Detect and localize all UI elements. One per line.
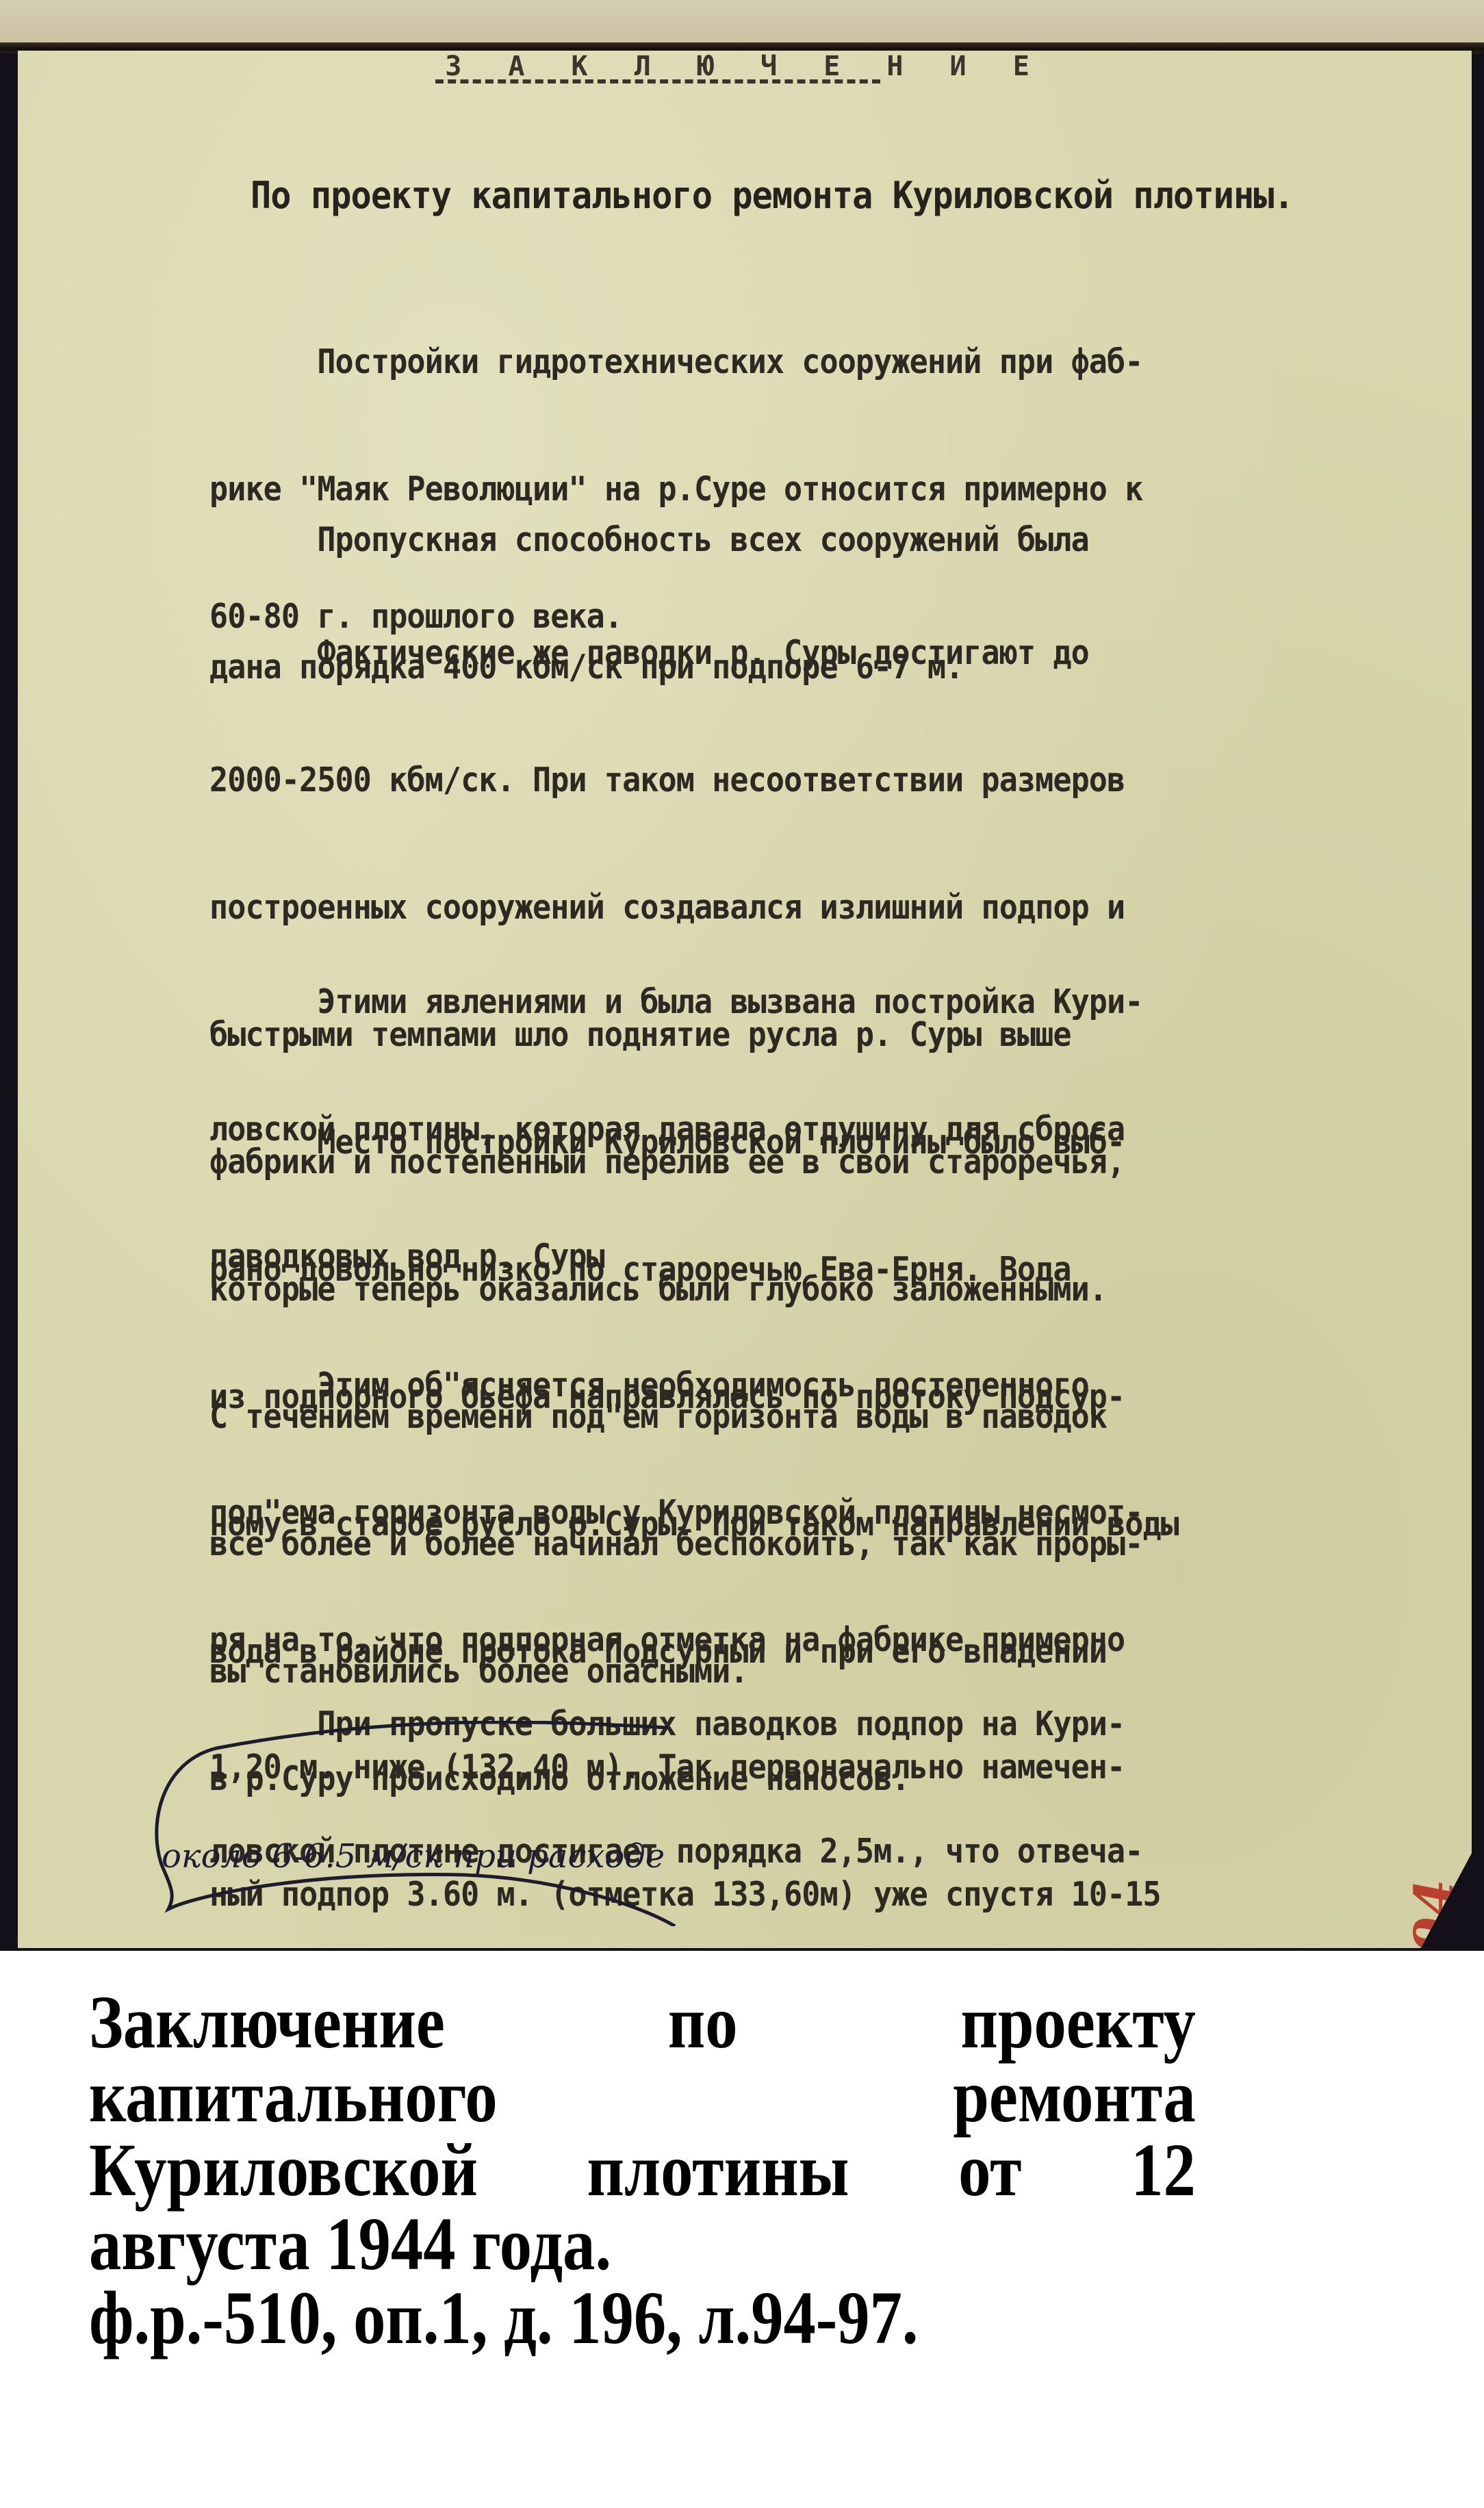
archive-reference: ф.р.-510, оп.1, д. 196, л.94-97. — [89, 2281, 1196, 2355]
text-line: 2000-2500 кбм/ск. При таком несоответств… — [209, 759, 1343, 802]
text-line: Фактические же паводки р. Суры достигают… — [209, 632, 1343, 674]
text-line: Этими явлениями и была вызвана постройка… — [209, 981, 1343, 1023]
folio-number: 94 — [1403, 1879, 1466, 1954]
document-subtitle: По проекту капитального ремонта Куриловс… — [251, 174, 1294, 217]
text-line: Этим об"ясняется необходимость постепенн… — [209, 1364, 1343, 1407]
caption-line: Куриловской плотины от 12 — [89, 2133, 1196, 2207]
document-heading: З А К Л Ю Ч Е Н И Е — [18, 51, 1472, 82]
caption-line: августа 1944 года. — [89, 2207, 1196, 2281]
text-line: под"ема горизонта воды у Куриловской пло… — [209, 1492, 1343, 1534]
caption-line: капитального ремонта — [89, 2059, 1196, 2133]
text-line: Постройки гидротехнических сооружений пр… — [209, 341, 1343, 383]
archive-caption: Заключение по проекту капитального ремон… — [89, 1985, 1196, 2355]
heading-underline — [435, 79, 880, 84]
scanned-document-backdrop: З А К Л Ю Ч Е Н И Е По проекту капитальн… — [0, 0, 1484, 1951]
text-line: Место постройки Куриловской плотины было… — [209, 1121, 1343, 1164]
document-sheet: З А К Л Ю Ч Е Н И Е По проекту капитальн… — [18, 51, 1472, 1948]
handwritten-note: около 6-6.5 м/ск при расходе — [162, 1837, 665, 1876]
caption-line: Заключение по проекту — [89, 1985, 1196, 2059]
previous-page-edge — [0, 0, 1484, 48]
text-line: нется и при дальнейшей ее эксплоатации. — [209, 2383, 1343, 2425]
handwritten-bracket-mark — [134, 1721, 784, 1926]
